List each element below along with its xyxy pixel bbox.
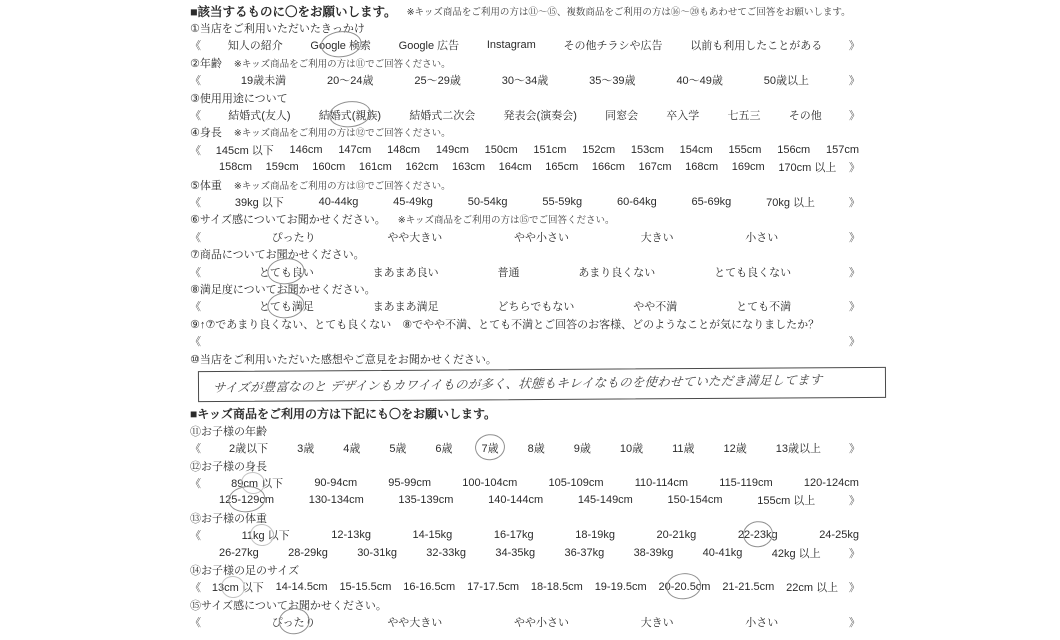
question-title: ⑧満足度についてお聞かせください。 (190, 281, 376, 297)
option-choice: 95-99cm (387, 477, 432, 489)
question-section: ⑧満足度についてお聞かせください。《とても満足まあまあ満足どちらでもないやや不満… (190, 280, 862, 315)
open-bracket: 《 (190, 37, 201, 53)
option-choice: 45-49kg (392, 196, 434, 208)
question-title: ②年齢 (190, 55, 222, 71)
option-pen-circled: ぴったり (271, 614, 317, 630)
question-title: ⑦商品についてお聞かせください。 (190, 246, 365, 262)
option-choice: 100-104cm (461, 477, 518, 489)
options-row: 《145cm 以下146cm147cm148cm149cm150cm151cm1… (190, 141, 862, 158)
open-bracket: 《 (190, 614, 201, 630)
option-choice: 153cm (630, 144, 665, 156)
option-choice: 159cm (265, 161, 300, 173)
option-choice: 150cm (484, 144, 519, 156)
option-choice: 156cm (776, 144, 811, 156)
option-choice: 152cm (581, 144, 616, 156)
option-choice: やや小さい (513, 614, 570, 630)
option-choice: 157cm (825, 144, 860, 156)
option-choice: 以前も利用したことがある (689, 37, 823, 53)
close-bracket: 》 (849, 545, 860, 561)
option-choice: 10歳 (619, 440, 644, 456)
option-choice: 2歳以下 (228, 440, 269, 456)
option-choice: 35～39歳 (588, 72, 636, 88)
option-choice: 170cm 以上 (777, 159, 837, 175)
question-title: ⑥サイズ感についてお聞かせください。 (190, 211, 386, 227)
option-choice: 20-21kg (656, 529, 698, 541)
option-choice: その他チラシや広告 (563, 37, 664, 53)
option-choice: 21-21.5cm (721, 581, 775, 593)
close-bracket: 》 (849, 298, 860, 314)
form-header: ■該当するものに〇をお願いします。 ※キッズ商品をご利用の方は⑪～⑮、複数商品を… (190, 2, 862, 19)
question-title-row: ③使用用途について (190, 89, 862, 106)
options-row: 《》 (190, 332, 862, 349)
question-title: ⑭お子様の足のサイズ (190, 562, 299, 578)
question-title-row: ②年齢※キッズ商品をご利用の方は⑪でご回答ください。 (190, 54, 862, 71)
option-choice: 147cm (337, 144, 372, 156)
option-choice: Instagram (486, 39, 537, 51)
option-choice: 大きい (640, 614, 675, 630)
question-section: ⑮サイズ感についてお聞かせください。《ぴったりやや大きいやや小さい大きい小さい》 (190, 596, 862, 631)
open-bracket: 《 (190, 264, 201, 280)
question-title: ⑤体重 (190, 177, 222, 193)
option-choice: 18-18.5cm (530, 581, 584, 593)
option-pen-circled: 11kg 以下 (241, 527, 291, 543)
option-choice: 卒入学 (665, 107, 700, 123)
option-choice: 19-19.5cm (594, 581, 648, 593)
option-choice: まあまあ良い (372, 264, 440, 280)
option-pen-circled: とても良い (258, 264, 315, 280)
option-choice: 60-64kg (616, 196, 658, 208)
question-section: ⑩当店をご利用いただいた感想やご意見をお聞かせください。サイズが豊富なのと デザ… (190, 350, 862, 400)
option-choice: 11歳 (671, 440, 695, 456)
option-choice: 40～49歳 (675, 72, 723, 88)
open-bracket: 《 (190, 440, 201, 456)
question-note: ※キッズ商品をご利用の方は⑬でご回答ください。 (234, 178, 451, 192)
options-row: 158cm159cm160cm161cm162cm163cm164cm165cm… (190, 159, 862, 176)
option-choice: 同窓会 (604, 107, 639, 123)
kids-questions: ⑪お子様の年齢《2歳以下3歳4歳5歳6歳7歳8歳9歳10歳11歳12歳13歳以上… (190, 422, 862, 631)
question-note: ※キッズ商品をご利用の方は⑪でご回答ください。 (234, 56, 451, 70)
option-choice: 30-31kg (356, 547, 398, 559)
open-bracket: 《 (190, 333, 201, 349)
option-choice: 168cm (684, 161, 719, 173)
option-choice: やや大きい (386, 229, 443, 245)
open-bracket: 《 (190, 527, 201, 543)
question-title: ⑩当店をご利用いただいた感想やご意見をお聞かせください。 (190, 351, 497, 367)
option-choice: 24-25kg (818, 529, 860, 541)
close-bracket: 》 (849, 333, 860, 349)
question-section: ⑪お子様の年齢《2歳以下3歳4歳5歳6歳7歳8歳9歳10歳11歳12歳13歳以上… (190, 422, 862, 457)
option-choice: 155cm (727, 144, 762, 156)
option-choice: 158cm (218, 161, 253, 173)
option-pen-circled: とても満足 (258, 298, 315, 314)
question-title-row: ⑪お子様の年齢 (190, 422, 862, 439)
option-choice: 166cm (591, 161, 626, 173)
question-section: ①当店をご利用いただいたきっかけ《知人の紹介Google 検索Google 広告… (190, 19, 862, 54)
scanned-survey-document: ■該当するものに〇をお願いします。 ※キッズ商品をご利用の方は⑪～⑮、複数商品を… (190, 2, 862, 631)
option-choice: 32-33kg (425, 547, 467, 559)
question-section: ④身長※キッズ商品をご利用の方は⑫でご回答ください。《145cm 以下146cm… (190, 124, 862, 176)
question-title-row: ⑩当店をご利用いただいた感想やご意見をお聞かせください。 (190, 350, 862, 367)
close-bracket: 》 (849, 229, 860, 245)
close-bracket: 》 (849, 614, 860, 630)
option-choice: 25～29歳 (413, 72, 461, 88)
option-pen-circled: 20-20.5cm (658, 581, 712, 593)
option-choice: とても良くない (713, 264, 792, 280)
close-bracket: 》 (849, 440, 860, 456)
option-choice: 15-15.5cm (338, 581, 392, 593)
option-choice: まあまあ満足 (372, 298, 440, 314)
option-choice: Google 広告 (398, 37, 461, 53)
options-row: 《ぴったりやや大きいやや小さい大きい小さい》 (190, 614, 862, 631)
option-choice: 9歳 (573, 440, 592, 456)
kids-section-title: ■キッズ商品をご利用の方は下記にも〇をお願いします。 (190, 405, 496, 422)
option-choice: 結婚式二次会 (408, 107, 476, 123)
option-choice: 発表会(演奏会) (503, 107, 578, 123)
option-choice: 120-124cm (803, 477, 860, 489)
option-choice: 12歳 (723, 440, 748, 456)
options-row: 《13cm 以下14-14.5cm15-15.5cm16-16.5cm17-17… (190, 579, 862, 596)
option-choice: 14-14.5cm (275, 581, 329, 593)
question-title-row: ④身長※キッズ商品をご利用の方は⑫でご回答ください。 (190, 124, 862, 141)
option-choice: 155cm 以上 (756, 492, 816, 508)
option-choice: とても不満 (735, 298, 792, 314)
options-row: 《知人の紹介Google 検索Google 広告Instagramその他チラシや… (190, 37, 862, 54)
option-choice: 16-16.5cm (402, 581, 456, 593)
question-title-row: ⑧満足度についてお聞かせください。 (190, 280, 862, 297)
open-bracket: 《 (190, 72, 201, 88)
option-choice: 151cm (532, 144, 567, 156)
close-bracket: 》 (849, 264, 860, 280)
options-row: 26-27kg28-29kg30-31kg32-33kg34-35kg36-37… (190, 544, 862, 561)
option-choice: どちらでもない (497, 298, 576, 314)
close-bracket: 》 (849, 159, 860, 175)
kids-section-header: ■キッズ商品をご利用の方は下記にも〇をお願いします。 (190, 404, 862, 422)
option-choice: 28-29kg (287, 547, 329, 559)
option-choice: 18-19kg (574, 529, 616, 541)
options-row: 125-129cm130-134cm135-139cm140-144cm145-… (190, 492, 862, 509)
option-pen-circled: 89cm 以下 (230, 475, 284, 491)
close-bracket: 》 (849, 72, 860, 88)
option-choice: 34-35kg (494, 547, 536, 559)
question-note: ※キッズ商品をご利用の方は⑮でご回答ください。 (398, 212, 615, 226)
main-questions: ①当店をご利用いただいたきっかけ《知人の紹介Google 検索Google 広告… (190, 19, 862, 400)
option-choice: 70kg 以上 (765, 194, 816, 210)
option-choice: あまり良くない (577, 264, 656, 280)
option-choice: 149cm (435, 144, 470, 156)
option-choice: やや不満 (632, 298, 678, 314)
option-choice: 普通 (496, 264, 520, 280)
options-row: 《結婚式(友人)結婚式(親族)結婚式二次会発表会(演奏会)同窓会卒入学七五三その… (190, 106, 862, 123)
option-choice: 169cm (731, 161, 766, 173)
option-choice: 6歳 (434, 440, 453, 456)
option-choice: 110-114cm (634, 477, 689, 489)
handwritten-answer-box: サイズが豊富なのと デザインもカワイイものが多く、状態もキレイなものを使わせてい… (198, 367, 886, 402)
options-row: 《11kg 以下12-13kg14-15kg16-17kg18-19kg20-2… (190, 527, 862, 544)
option-choice: 55-59kg (541, 196, 583, 208)
question-section: ⑭お子様の足のサイズ《13cm 以下14-14.5cm15-15.5cm16-1… (190, 561, 862, 596)
option-choice: 145cm 以下 (215, 142, 275, 158)
close-bracket: 》 (849, 107, 860, 123)
question-title: ⑫お子様の身長 (190, 458, 267, 474)
option-choice: 42kg 以上 (771, 545, 822, 561)
form-header-note: ※キッズ商品をご利用の方は⑪～⑮、複数商品をご利用の方は⑯～⑳もあわせてご回答を… (407, 4, 851, 18)
question-title-row: ⑫お子様の身長 (190, 457, 862, 474)
option-choice: 22cm 以上 (785, 579, 839, 595)
option-choice: 20～24歳 (326, 72, 374, 88)
question-title: ⑮サイズ感についてお聞かせください。 (190, 597, 387, 613)
option-choice: 154cm (679, 144, 714, 156)
option-choice: 161cm (358, 161, 393, 173)
option-choice: 50歳以上 (763, 72, 810, 88)
question-title: ①当店をご利用いただいたきっかけ (190, 20, 365, 36)
option-choice: 115-119cm (718, 477, 773, 489)
option-pen-circled: 7歳 (481, 440, 500, 456)
option-choice: 148cm (386, 144, 421, 156)
open-bracket: 《 (190, 298, 201, 314)
option-choice: 大きい (640, 229, 675, 245)
question-title: ⑨↑⑦であまり良くない、とても良くない ⑧でやや不満、とても不満とご回答のお客様… (190, 316, 819, 332)
option-choice: 165cm (544, 161, 579, 173)
option-choice: 小さい (744, 614, 779, 630)
options-row: 《とても満足まあまあ満足どちらでもないやや不満とても不満》 (190, 298, 862, 315)
option-choice: 146cm (289, 144, 324, 156)
option-choice: 17-17.5cm (466, 581, 520, 593)
question-section: ⑫お子様の身長《89cm 以下90-94cm95-99cm100-104cm10… (190, 457, 862, 509)
open-bracket: 《 (190, 142, 201, 158)
question-section: ⑦商品についてお聞かせください。《とても良いまあまあ良い普通あまり良くないとても… (190, 245, 862, 280)
close-bracket: 》 (849, 37, 860, 53)
question-section: ⑥サイズ感についてお聞かせください。※キッズ商品をご利用の方は⑮でご回答ください… (190, 211, 862, 246)
question-section: ⑨↑⑦であまり良くない、とても良くない ⑧でやや不満、とても不満とご回答のお客様… (190, 315, 862, 350)
option-choice: 140-144cm (487, 494, 544, 506)
question-title-row: ①当店をご利用いただいたきっかけ (190, 19, 862, 36)
options-row: 《ぴったりやや大きいやや小さい大きい小さい》 (190, 228, 862, 245)
option-choice: 16-17kg (493, 529, 535, 541)
option-choice: 135-139cm (397, 494, 454, 506)
option-choice: 26-27kg (218, 547, 260, 559)
option-pen-circled: 22-23kg (737, 529, 779, 541)
option-choice: 160cm (311, 161, 346, 173)
option-choice: 4歳 (342, 440, 361, 456)
question-title-row: ⑬お子様の体重 (190, 509, 862, 526)
option-choice: 167cm (637, 161, 672, 173)
option-choice: 163cm (451, 161, 486, 173)
option-choice: やや小さい (513, 229, 570, 245)
option-choice: 14-15kg (412, 529, 454, 541)
option-choice: 結婚式(友人) (227, 107, 291, 123)
question-section: ⑬お子様の体重《11kg 以下12-13kg14-15kg16-17kg18-1… (190, 509, 862, 561)
options-row: 《89cm 以下90-94cm95-99cm100-104cm105-109cm… (190, 474, 862, 491)
question-title-row: ⑭お子様の足のサイズ (190, 561, 862, 578)
question-title: ③使用用途について (190, 90, 288, 106)
question-title-row: ⑨↑⑦であまり良くない、とても良くない ⑧でやや不満、とても不満とご回答のお客様… (190, 315, 862, 332)
option-choice: 162cm (404, 161, 439, 173)
option-choice: 105-109cm (547, 477, 604, 489)
option-choice: 12-13kg (330, 529, 372, 541)
open-bracket: 《 (190, 229, 201, 245)
options-row: 《19歳未満20～24歳25～29歳30～34歳35～39歳40～49歳50歳以… (190, 72, 862, 89)
option-choice: 40-44kg (318, 196, 360, 208)
question-section: ③使用用途について《結婚式(友人)結婚式(親族)結婚式二次会発表会(演奏会)同窓… (190, 89, 862, 124)
option-choice: 30～34歳 (501, 72, 549, 88)
option-choice: 3歳 (296, 440, 315, 456)
question-title-row: ⑦商品についてお聞かせください。 (190, 245, 862, 262)
close-bracket: 》 (849, 579, 860, 595)
option-choice: 8歳 (527, 440, 546, 456)
option-pen-circled: 13cm 以下 (211, 579, 265, 595)
option-pen-circled: Google 検索 (309, 37, 372, 53)
options-row: 《39kg 以下40-44kg45-49kg50-54kg55-59kg60-6… (190, 193, 862, 210)
question-note: ※キッズ商品をご利用の方は⑫でご回答ください。 (234, 125, 451, 139)
option-choice: 90-94cm (313, 477, 358, 489)
option-choice: やや大きい (386, 614, 443, 630)
option-pen-circled: 125-129cm (218, 494, 275, 506)
options-row: 《2歳以下3歳4歳5歳6歳7歳8歳9歳10歳11歳12歳13歳以上》 (190, 440, 862, 457)
question-section: ②年齢※キッズ商品をご利用の方は⑪でご回答ください。《19歳未満20～24歳25… (190, 54, 862, 89)
question-title: ④身長 (190, 124, 222, 140)
options-row: 《とても良いまあまあ良い普通あまり良くないとても良くない》 (190, 263, 862, 280)
form-title: ■該当するものに〇をお願いします。 (190, 2, 397, 20)
option-choice: ぴったり (271, 229, 317, 245)
open-bracket: 《 (190, 579, 201, 595)
open-bracket: 《 (190, 107, 201, 123)
question-title-row: ⑮サイズ感についてお聞かせください。 (190, 596, 862, 613)
option-choice: 40-41kg (702, 547, 744, 559)
option-choice: 知人の紹介 (227, 37, 284, 53)
option-choice: 145-149cm (577, 494, 634, 506)
option-choice: 13歳以上 (775, 440, 822, 456)
question-title-row: ⑥サイズ感についてお聞かせください。※キッズ商品をご利用の方は⑮でご回答ください… (190, 211, 862, 228)
option-choice: その他 (788, 107, 823, 123)
open-bracket: 《 (190, 475, 201, 491)
option-choice: 36-37kg (563, 547, 605, 559)
option-choice: 19歳未満 (240, 72, 287, 88)
option-choice: 50-54kg (467, 196, 509, 208)
open-bracket: 《 (190, 194, 201, 210)
option-choice: 小さい (744, 229, 779, 245)
option-choice: 65-69kg (691, 196, 733, 208)
option-choice: 七五三 (727, 107, 762, 123)
handwritten-text: サイズが豊富なのと デザインもカワイイものが多く、状態もキレイなものを使わせてい… (212, 370, 822, 396)
question-section: ⑤体重※キッズ商品をご利用の方は⑬でご回答ください。《39kg 以下40-44k… (190, 176, 862, 211)
option-choice: 39kg 以下 (234, 194, 285, 210)
option-pen-circled: 結婚式(親族) (318, 107, 382, 123)
question-title: ⑬お子様の体重 (190, 510, 267, 526)
option-choice: 150-154cm (667, 494, 724, 506)
close-bracket: 》 (849, 492, 860, 508)
option-choice: 164cm (498, 161, 533, 173)
question-title-row: ⑤体重※キッズ商品をご利用の方は⑬でご回答ください。 (190, 176, 862, 193)
option-choice: 5歳 (388, 440, 407, 456)
option-choice: 38-39kg (633, 547, 675, 559)
question-title: ⑪お子様の年齢 (190, 423, 267, 439)
close-bracket: 》 (849, 194, 860, 210)
option-choice: 130-134cm (308, 494, 365, 506)
